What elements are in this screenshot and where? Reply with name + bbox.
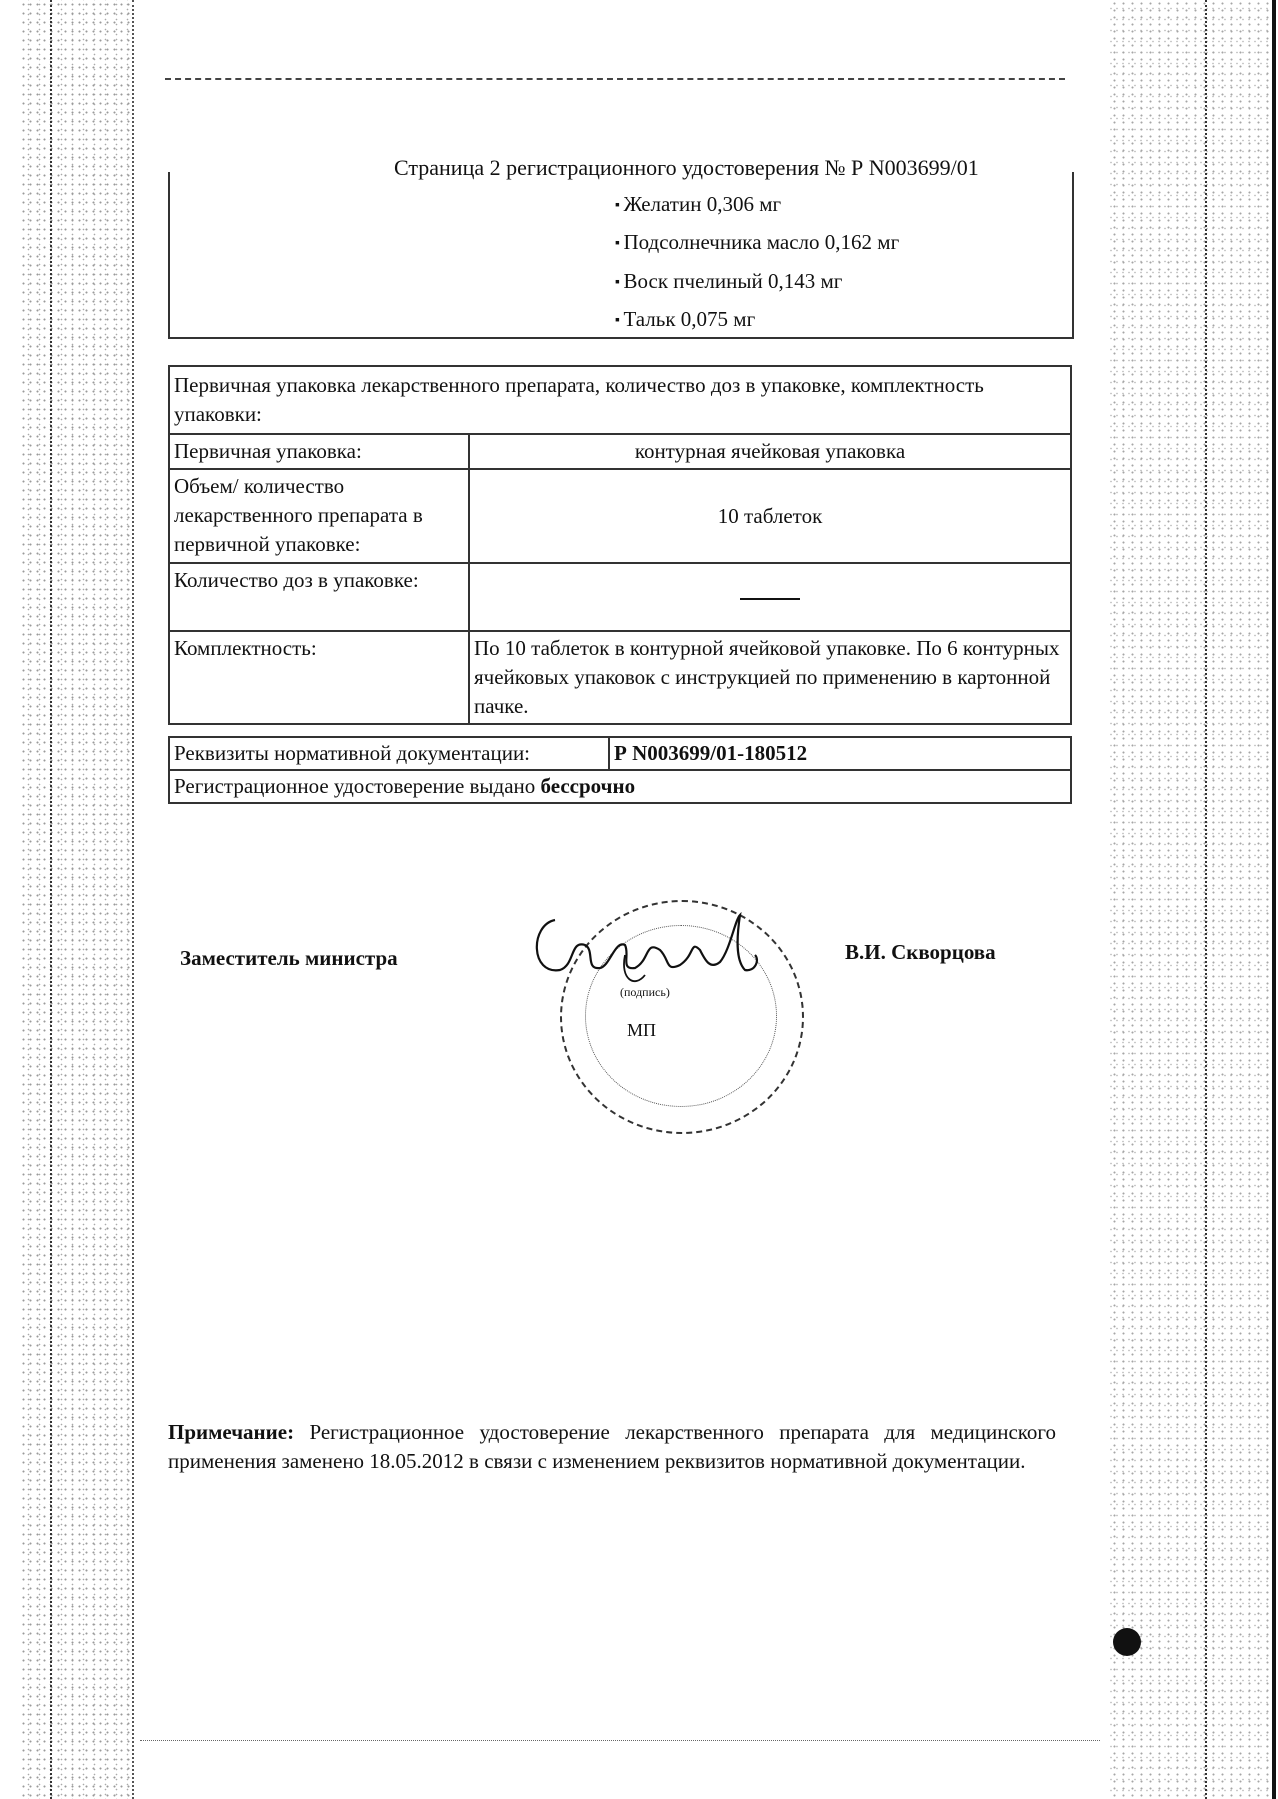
table-row: Первичная упаковка: контурная ячейковая …	[169, 434, 1071, 469]
packaging-table: Первичная упаковка лекарственного препар…	[168, 365, 1072, 725]
row-label: Первичная упаковка:	[169, 434, 469, 469]
scan-bottom-line	[140, 1740, 1100, 1741]
packaging-section-title: Первичная упаковка лекарственного препар…	[169, 366, 1071, 434]
table-row: Комплектность: По 10 таблеток в контурно…	[169, 631, 1071, 724]
row-label: Объем/ количество лекарственного препара…	[169, 469, 469, 563]
table-row: Реквизиты нормативной документации: Р N0…	[169, 737, 1071, 770]
row-value-empty	[469, 563, 1071, 631]
normative-table: Реквизиты нормативной документации: Р N0…	[168, 736, 1072, 804]
scan-edge-line	[1272, 0, 1276, 1799]
excipients-list: Желатин 0,306 мг Подсолнечника масло 0,1…	[615, 186, 899, 340]
normative-value: Р N003699/01-180512	[609, 737, 1071, 770]
signer-title: Заместитель министра	[180, 946, 398, 971]
table-row: Объем/ количество лекарственного препара…	[169, 469, 1071, 563]
row-value: 10 таблеток	[469, 469, 1071, 563]
row-label: Комплектность:	[169, 631, 469, 724]
note-text: Регистрационное удостоверение лекарствен…	[168, 1420, 1056, 1473]
handwritten-signature	[525, 900, 765, 990]
dash-placeholder	[740, 598, 800, 600]
table-row: Регистрационное удостоверение выдано бес…	[169, 770, 1071, 803]
normative-label: Реквизиты нормативной документации:	[169, 737, 609, 770]
signer-name: В.И. Скворцова	[845, 940, 996, 965]
note-label: Примечание:	[168, 1420, 294, 1444]
signature-caption: (подпись)	[620, 985, 670, 1000]
validity-emphasis: бессрочно	[541, 774, 636, 798]
document-page: Страница 2 регистрационного удостоверени…	[0, 0, 1278, 1799]
excipient-item: Воск пчелиный 0,143 мг	[615, 263, 899, 301]
validity-text: Регистрационное удостоверение выдано	[174, 774, 541, 798]
scan-edge-line	[1205, 0, 1208, 1799]
row-label: Количество доз в упаковке:	[169, 563, 469, 631]
scan-edge-line	[132, 0, 135, 1799]
excipient-item: Подсолнечника масло 0,162 мг	[615, 224, 899, 262]
table-row: Первичная упаковка лекарственного препар…	[169, 366, 1071, 434]
scan-noise-right	[1110, 0, 1270, 1799]
excipient-item: Тальк 0,075 мг	[615, 301, 899, 339]
validity-cell: Регистрационное удостоверение выдано бес…	[169, 770, 1071, 803]
stamp-label: МП	[627, 1020, 656, 1041]
excipient-item: Желатин 0,306 мг	[615, 186, 899, 224]
scan-top-line	[165, 78, 1065, 80]
note-paragraph: Примечание: Регистрационное удостоверени…	[168, 1418, 1056, 1476]
scan-noise-left	[20, 0, 130, 1799]
scan-hole-mark	[1113, 1628, 1141, 1656]
table-row: Количество доз в упаковке:	[169, 563, 1071, 631]
row-value: По 10 таблеток в контурной ячейковой упа…	[469, 631, 1071, 724]
row-value: контурная ячейковая упаковка	[469, 434, 1071, 469]
scan-edge-line	[50, 0, 53, 1799]
